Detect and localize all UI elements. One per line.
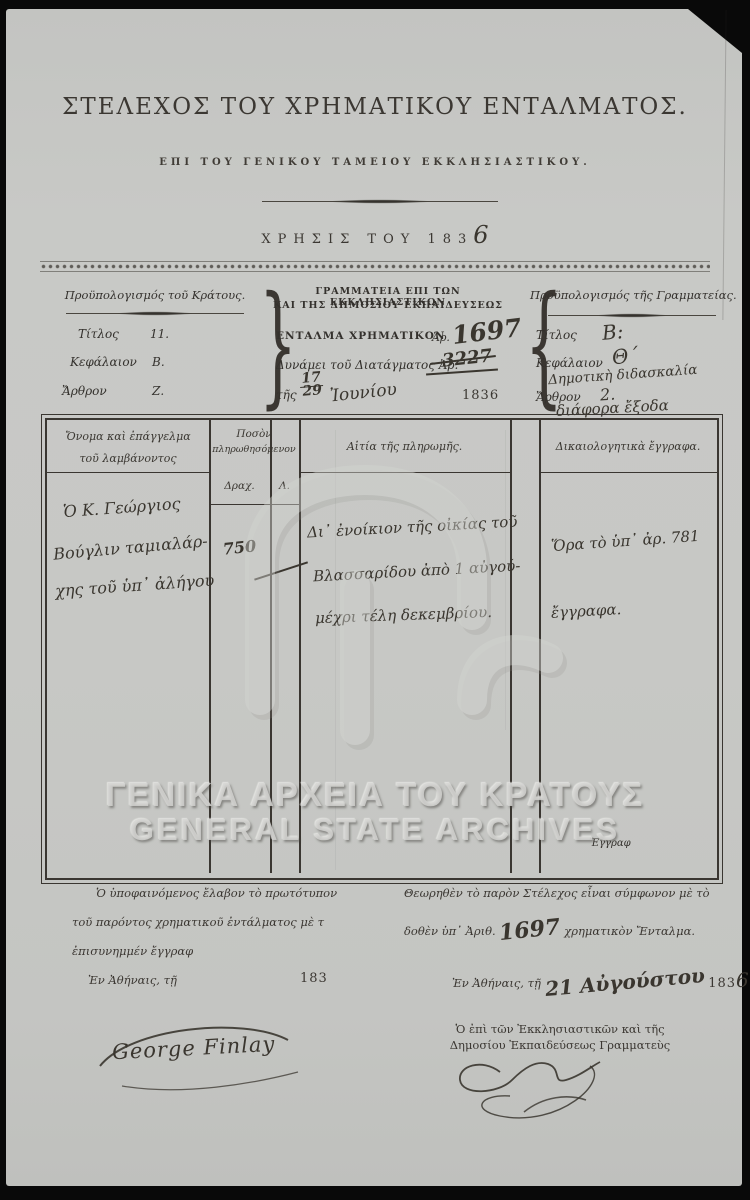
usage-year-handwritten: 6 — [473, 221, 488, 249]
col-header-documents: Δικαιολογητικὰ ἔγγραφα. — [539, 440, 717, 453]
table-footnote: Ἔγγραφ — [589, 838, 631, 849]
warrant-label: ΕΝΤΑΛΜΑ ΧΡΗΜΑΤΙΚΟΝ — [276, 330, 445, 342]
decree-date-fraction: 17 29 — [299, 371, 325, 399]
col-header-amount-2: πληρωθησόμενον — [209, 444, 299, 455]
tapered-rule — [66, 311, 244, 316]
header-underline — [47, 472, 209, 473]
payee-name-line3: χης τοῦ ὑπ᾽ ἀλήγου — [55, 570, 215, 600]
document-title: ΣΤΕΛΕΧΟΣ ΤΟΥ ΧΡΗΜΑΤΙΚΟΥ ΕΝΤΑΛΜΑΤΟΣ. — [0, 94, 750, 120]
documents-line1: Ὅρα τὸ ὑπ᾽ ἀρ. 781 — [551, 527, 701, 555]
tapered-rule — [548, 313, 716, 318]
header-underline — [539, 472, 717, 473]
stray-pen-mark — [520, 1092, 590, 1118]
date-day-new-style: 29 — [302, 382, 323, 400]
decree-date-label: τῆς — [276, 388, 297, 402]
state-titlos-value: 11. — [150, 327, 169, 341]
documents-line2: ἔγγραφα. — [551, 600, 622, 622]
col-header-amount-1: Ποσὸν — [209, 428, 299, 440]
secr-kefalaion-label: Κεφάλαιον — [536, 356, 603, 370]
usage-label: ΧΡΗΣΙΣ ΤΟΥ 183 — [261, 232, 473, 247]
subheader-drachmas: Δραχ. — [209, 480, 270, 492]
col-header-name-2: τοῦ λαμβάνοντος — [47, 452, 209, 465]
tapered-rule — [262, 199, 498, 204]
payment-table: Ὄνομα καὶ ἐπάγγελμα τοῦ λαμβάνοντος Ποσὸ… — [45, 418, 719, 880]
verification-line2-suffix: χρηματικὸν Ἔνταλμα. — [564, 924, 695, 938]
receipt-place: Ἐν Ἀθήναις, τῇ — [88, 973, 177, 987]
table-column-line — [510, 420, 512, 873]
verification-place: Ἐν Ἀθήναις, τῇ — [452, 976, 541, 990]
receipt-year-partial: 183 — [300, 971, 328, 986]
verification-date-line: Ἐν Ἀθήναις, τῇ 21 Αὐγούστου 1836 — [452, 968, 749, 992]
state-budget-heading: Προϋπολογισμός τοῦ Κράτους. — [55, 288, 255, 302]
verification-line2-prefix: δοθὲν ὑπ᾽ Ἀριθ. — [404, 924, 496, 938]
secretary-signature — [440, 1050, 680, 1130]
subheader-lepta: Λ. — [270, 480, 299, 492]
reason-line1: Δι᾽ ἐνοίκιον τῆς οἰκίας τοῦ — [307, 513, 518, 542]
warrant-number-label: Ἀρ. — [432, 331, 450, 344]
verification-year-digit-handwritten: 6 — [736, 968, 749, 992]
usage-year-line: ΧΡΗΣΙΣ ΤΟΥ 1836 — [0, 221, 750, 249]
state-kefalaion-label: Κεφάλαιον — [70, 355, 137, 369]
col-header-reason: Αἰτία τῆς πληρωμῆς. — [299, 440, 510, 453]
verification-line2: δοθὲν ὑπ᾽ Ἀριθ. 1697 χρηματικὸν Ἔνταλμα. — [404, 915, 695, 941]
table-column-line — [299, 420, 301, 873]
verification-line1: Θεωρηθὲν τὸ παρὸν Στέλεχος εἶναι σύμφωνο… — [404, 886, 710, 900]
state-kefalaion-value: Β. — [152, 355, 165, 369]
payee-name-line1: Ὁ Κ. Γεώργιος — [62, 494, 181, 521]
verification-year-partial: 183 — [708, 976, 736, 991]
secretary-title-1: Ὁ ἐπὶ τῶν Ἐκκλησιαστικῶν καὶ τῆς — [400, 1022, 720, 1036]
receipt-line2: τοῦ παρόντος χρηματικοῦ ἐντάλματος μὲ τ — [72, 915, 324, 929]
col-header-name-1: Ὄνομα καὶ ἐπάγγελμα — [47, 430, 209, 443]
state-titlos-label: Τίτλος — [78, 327, 119, 341]
secretariat-heading-2: ΚΑΙ ΤΗΣ ΔΗΜΟΣΙΟΥ ΕΚΠΑΙΔΕΥΣΕΩΣ — [266, 300, 510, 311]
payee-name-line2: Βούγλιν ταμιαλάρ- — [52, 531, 208, 563]
state-arthron-value: Ζ. — [152, 384, 164, 398]
secretariat-budget-heading: Προϋπολογισμός τῆς Γραμματείας. — [530, 288, 734, 302]
document-subtitle: ΕΠΙ ΤΟΥ ΓΕΝΙΚΟΥ ΤΑΜΕΙΟΥ ΕΚΚΛΗΣΙΑΣΤΙΚΟΥ. — [0, 157, 750, 168]
amount-drachmas-value: 750 — [208, 535, 271, 560]
subheader-underline — [209, 504, 299, 505]
state-arthron-label: Ἄρθρον — [62, 384, 107, 398]
header-underline — [299, 472, 510, 473]
decree-year: 1836 — [462, 388, 499, 403]
receipt-line3: ἐπισυνημμέν ἔγγραφ — [72, 944, 193, 958]
secr-titlos-label: Τίτλος — [536, 328, 577, 342]
secr-titlos-value-handwritten: Β: — [601, 319, 624, 345]
ornamental-chain-border — [40, 261, 710, 272]
reason-line3: μέχρι τέλη δεκεμβρίου. — [315, 603, 492, 627]
reason-line2: Βλασσαρίδου ἀπὸ 1 αὐγού- — [313, 557, 521, 586]
receipt-line1: Ὁ ὑποφαινόμενος ἔλαβον τὸ πρωτότυπον — [96, 886, 337, 900]
table-column-line — [539, 420, 541, 873]
